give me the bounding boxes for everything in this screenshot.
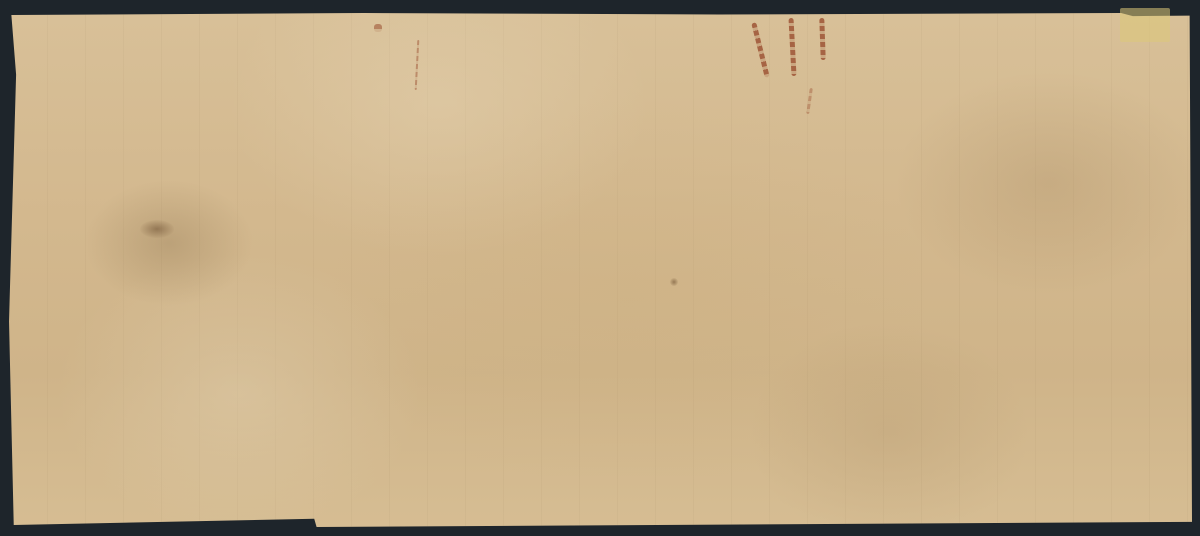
banknote-reverse (9, 13, 1192, 527)
photo-background (0, 0, 1200, 536)
ink-mark (374, 24, 382, 32)
paper-patch (1120, 8, 1170, 42)
